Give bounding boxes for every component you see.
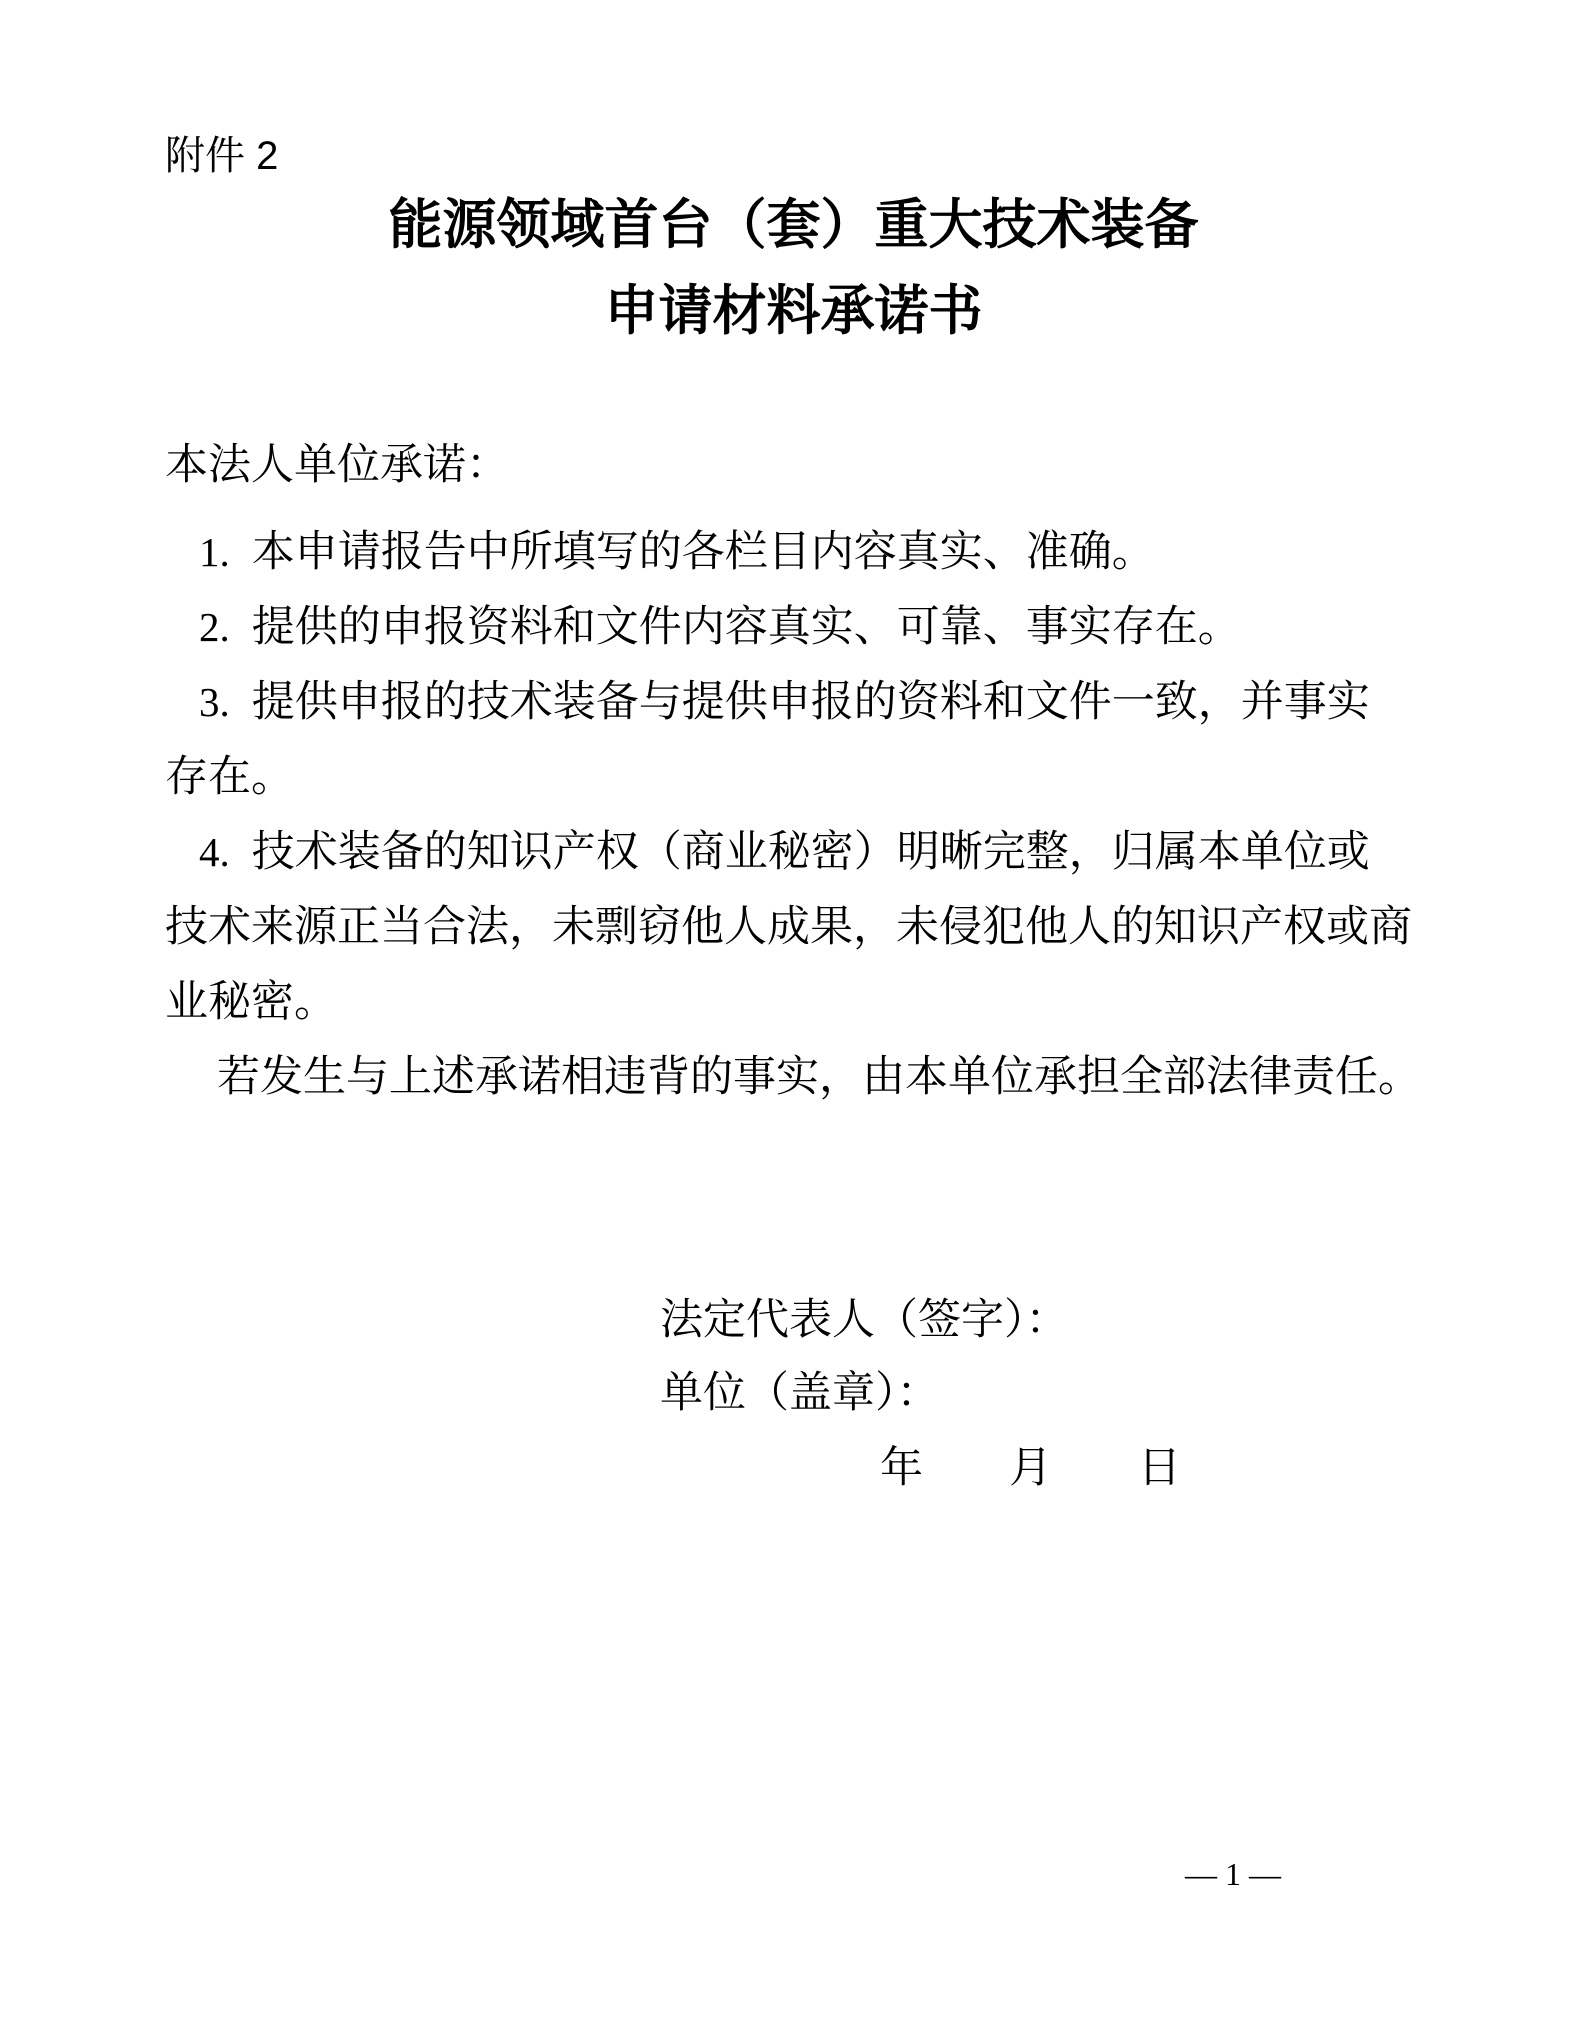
- unit-seal-label: 单位（盖章）：: [660, 1372, 940, 1415]
- item4-number: 4.: [199, 829, 230, 875]
- item1-text: 本申请报告中所填写的各栏目内容真实、准确。: [252, 528, 1155, 576]
- page-number: — 1 —: [1185, 1858, 1281, 1890]
- closing-text: 若发生与上述承诺相违背的事实，由本单位承担全部法律责任。: [217, 1053, 1421, 1101]
- document-title-line1: 能源领域首台（套）重大技术装备: [0, 198, 1587, 252]
- body-line-item2: 2.提供的申报资料和文件内容真实、可靠、事实存在。: [165, 590, 1455, 665]
- body-line-item4-continuation-1: 技术来源正当合法，未剽窃他人成果，未侵犯他人的知识产权或商: [165, 890, 1455, 965]
- item1-number: 1.: [199, 529, 230, 575]
- item2-text: 提供的申报资料和文件内容真实、可靠、事实存在。: [252, 603, 1241, 651]
- document-title-line2: 申请材料承诺书: [0, 284, 1587, 338]
- item4-continuation1-text: 技术来源正当合法，未剽窃他人成果，未侵犯他人的知识产权或商: [165, 903, 1412, 951]
- body-line-item3-continuation: 存在。: [165, 740, 1455, 815]
- attachment-label: 附件 2: [165, 136, 278, 176]
- date-line: 年 月 日: [880, 1447, 1181, 1490]
- commitment-body: 1.本申请报告中所填写的各栏目内容真实、准确。 2.提供的申报资料和文件内容真实…: [165, 515, 1455, 1115]
- body-line-item4: 4.技术装备的知识产权（商业秘密）明晰完整，归属本单位或: [165, 815, 1455, 890]
- body-line-item1: 1.本申请报告中所填写的各栏目内容真实、准确。: [165, 515, 1455, 590]
- commitment-intro: 本法人单位承诺：: [165, 444, 509, 487]
- item3-number: 3.: [199, 679, 230, 725]
- document-page: 附件 2 能源领域首台（套）重大技术装备 申请材料承诺书 本法人单位承诺： 1.…: [0, 0, 1587, 2029]
- item3-continuation-text: 存在。: [165, 753, 294, 801]
- item2-number: 2.: [199, 604, 230, 650]
- item4-text: 技术装备的知识产权（商业秘密）明晰完整，归属本单位或: [252, 828, 1370, 876]
- item3-text: 提供申报的技术装备与提供申报的资料和文件一致，并事实: [252, 678, 1370, 726]
- item4-continuation2-text: 业秘密。: [165, 978, 337, 1026]
- legal-representative-signature-label: 法定代表人（签字）：: [660, 1299, 1069, 1342]
- body-line-item4-continuation-2: 业秘密。: [165, 965, 1455, 1040]
- body-line-item3: 3.提供申报的技术装备与提供申报的资料和文件一致，并事实: [165, 665, 1455, 740]
- body-line-closing: 若发生与上述承诺相违背的事实，由本单位承担全部法律责任。: [165, 1040, 1455, 1115]
